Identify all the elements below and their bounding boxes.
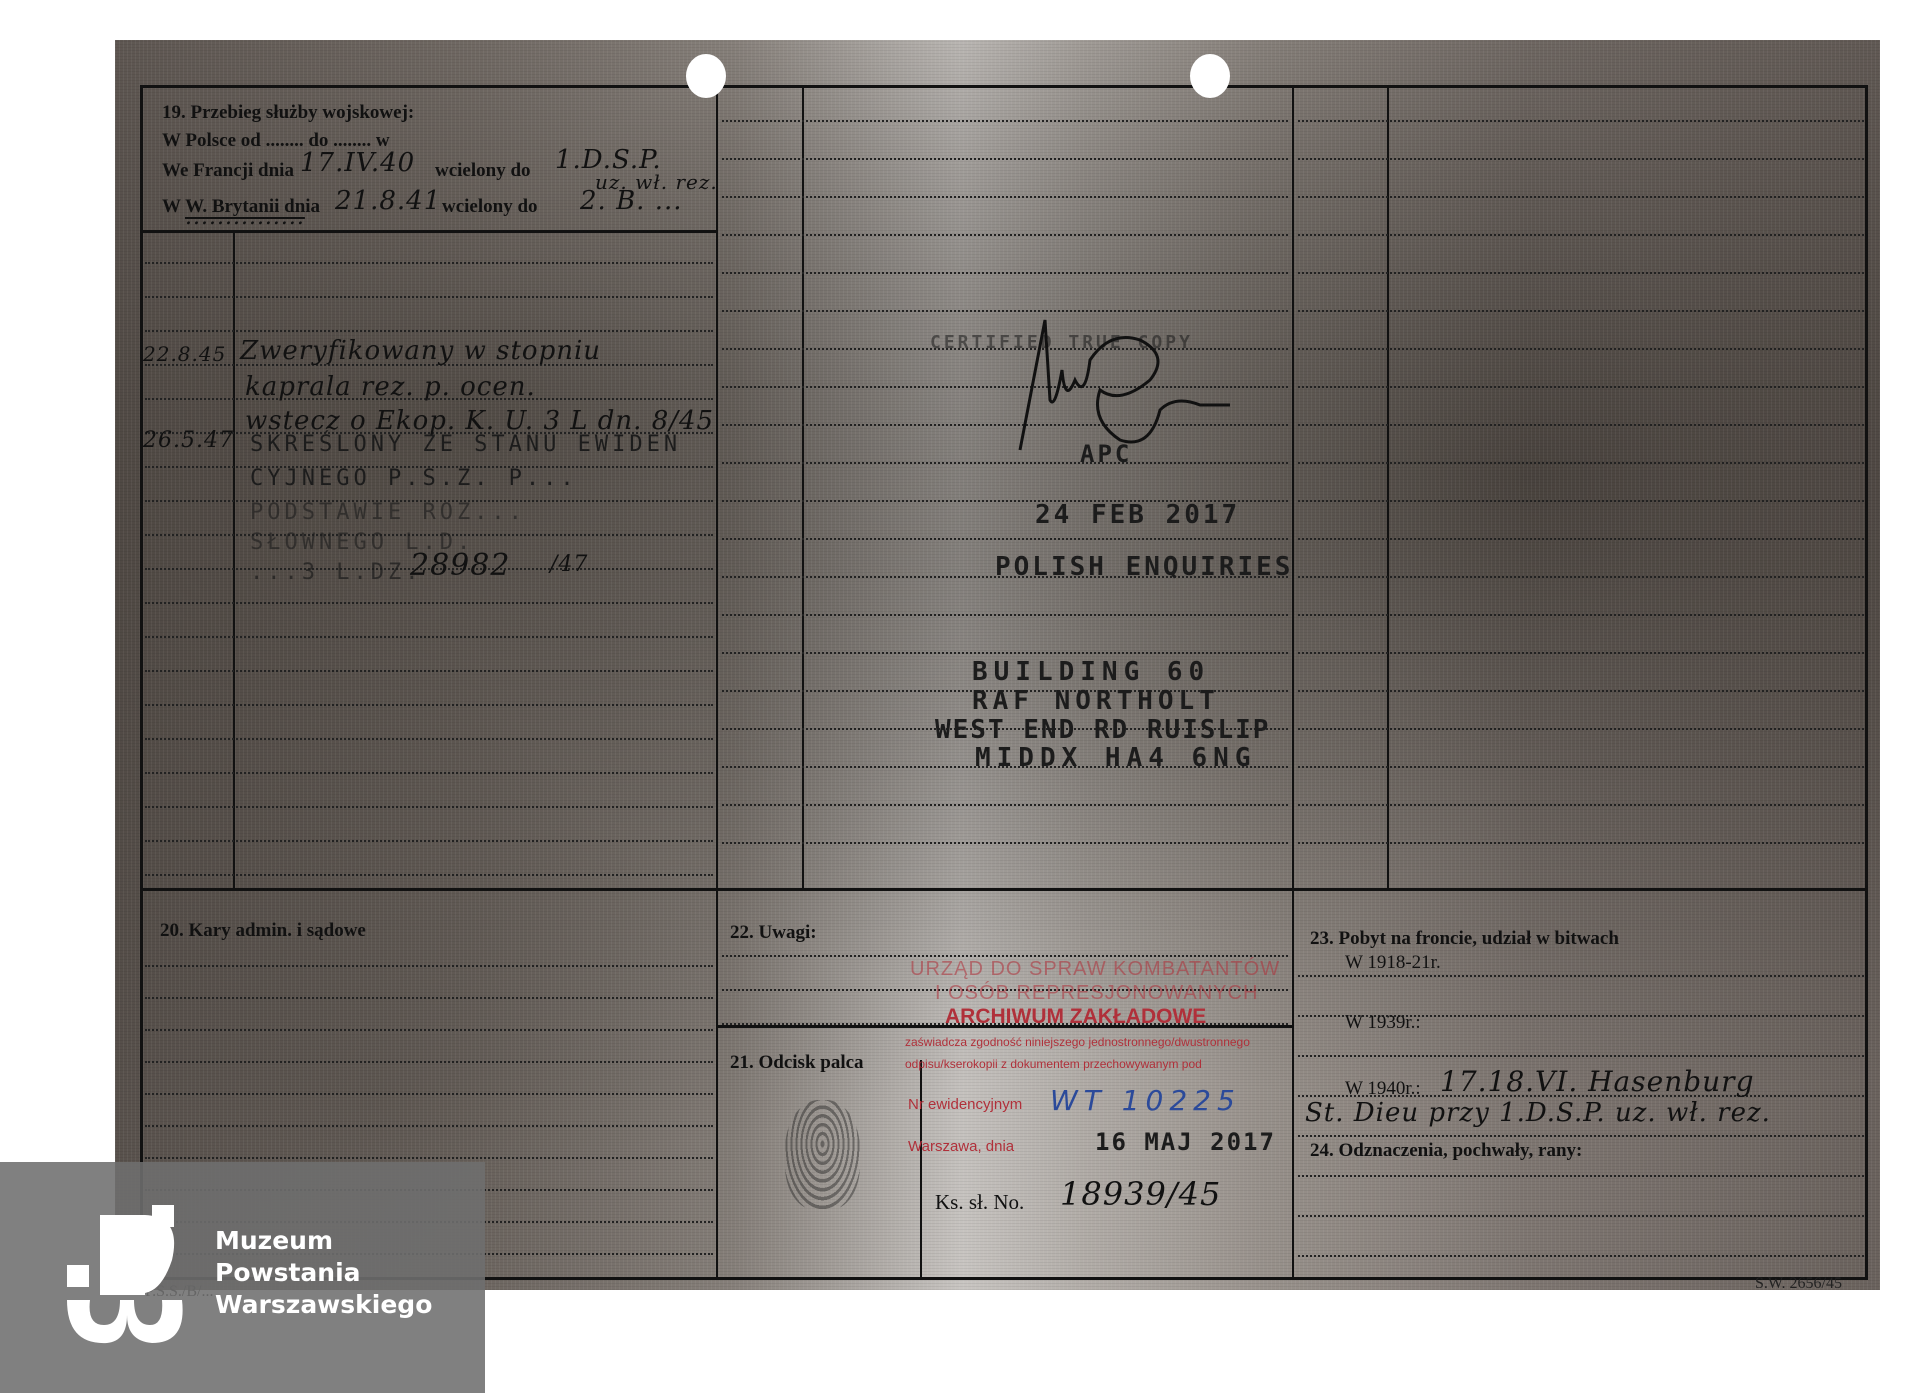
museum-anchor-logo-icon (62, 1205, 192, 1345)
france-date-label: We Francji dnia (162, 160, 294, 182)
ruling-line (722, 234, 1288, 236)
ruling-line (145, 1157, 713, 1159)
ruling-line (1298, 652, 1864, 654)
punch-hole-left (686, 54, 726, 98)
ruling-line (1298, 1175, 1864, 1177)
entry-2-text: kaprala rez. p. ocen. (245, 372, 536, 402)
ruling-line (722, 842, 1288, 844)
ruling-line (145, 874, 713, 876)
archive-stamp-line-1: URZĄD DO SPRAW KOMBATANTÓW (910, 958, 1280, 981)
britain-assigned-label: wcielony do (442, 196, 538, 218)
ruling-line (1298, 120, 1864, 122)
ruling-line (1298, 234, 1864, 236)
archive-record-label: Nr ewidencyjnym (908, 1096, 1022, 1113)
britain-struck-text: ............... (185, 205, 305, 230)
ruling-line (1298, 310, 1864, 312)
section-23-1940-value: 17.18.VI. Hasenburg (1440, 1065, 1755, 1098)
ruling-line (145, 636, 713, 638)
section-22-title: 22. Uwagi: (730, 922, 817, 944)
ruling-line (1298, 424, 1864, 426)
apc-address-4: MIDDX HA4 6NG (975, 743, 1257, 773)
ruling-line (1298, 386, 1864, 388)
archive-city-label: Warszawa, dnia (908, 1138, 1014, 1155)
ruling-line (145, 296, 713, 298)
ruling-line (1298, 690, 1864, 692)
apc-address-1: BUILDING 60 (972, 657, 1210, 687)
ruling-line (145, 997, 713, 999)
museum-name-line-2: Powstania (215, 1257, 432, 1289)
archive-stamp-line-4: zaświadcza zgodność niniejszego jednostr… (905, 1035, 1250, 1049)
struck-suffix: /47 (550, 552, 588, 577)
section-19-title: 19. Przebieg służby wojskowej: (162, 102, 414, 124)
ruling-line (1298, 576, 1864, 578)
museum-name-line-1: Muzeum (215, 1225, 432, 1257)
france-date-value: 17.IV.40 (300, 148, 415, 178)
ruling-line (145, 262, 713, 264)
section-20-title: 20. Kary admin. i sądowe (160, 920, 366, 942)
fingerprint (785, 1100, 860, 1210)
ruling-line (145, 330, 713, 332)
ruling-line (722, 272, 1288, 274)
archive-date: 16 MAJ 2017 (1095, 1128, 1276, 1156)
museum-name: Muzeum Powstania Warszawskiego (215, 1225, 432, 1321)
section-23-1939: W 1939r.: (1345, 1012, 1421, 1034)
france-assigned-label: wcielony do (435, 160, 531, 182)
ruling-line (1298, 462, 1864, 464)
section-21-title: 21. Odcisk palca (730, 1052, 864, 1074)
stamp-box-divider (920, 1060, 922, 1280)
ruling-line (1298, 975, 1864, 977)
footer-right-reference: S.W. 2656/45 (1755, 1275, 1842, 1293)
ruling-line (1298, 842, 1864, 844)
ruling-line (1298, 196, 1864, 198)
archive-stamp-line-3: ARCHIWUM ZAKŁADOWE (945, 1005, 1206, 1029)
britain-date-value: 21.8.41 (335, 186, 441, 216)
apc-department: POLISH ENQUIRIES (995, 552, 1293, 582)
ruling-line (145, 772, 713, 774)
punch-hole-right (1190, 54, 1230, 98)
ruling-line (145, 1029, 713, 1031)
ruling-line (1298, 272, 1864, 274)
archive-stamp-line-2: I OSÓB REPRESJONOWANYCH (935, 982, 1258, 1005)
section-23-title: 23. Pobyt na froncie, udział w bitwach (1310, 928, 1619, 950)
archive-stamp-line-5: odpisu/kserokopii z dokumentem przechowy… (905, 1057, 1202, 1071)
apc-address-2: RAF NORTHOLT (972, 686, 1220, 716)
ruling-line (145, 1093, 713, 1095)
ruling-line (722, 804, 1288, 806)
ruling-line (722, 614, 1288, 616)
ks-value: 18939/45 (1060, 1175, 1221, 1213)
row-divider-middle (140, 888, 1868, 891)
apc-address-3: WEST END RD RUISLIP (935, 715, 1270, 745)
ruling-line (1298, 500, 1864, 502)
ruling-line (145, 965, 713, 967)
ruling-line (145, 1061, 713, 1063)
ruling-line (722, 652, 1288, 654)
archive-record-value: WT 10225 (1050, 1084, 1241, 1117)
struck-stamp-line-1: SKREŚLONY ZE STANU EWIDEN (250, 432, 681, 457)
section-23-1940: W 1940r.: (1345, 1078, 1421, 1100)
ruling-line (722, 955, 1288, 957)
britain-unit-value: 2. B. ... (580, 186, 683, 216)
ruling-line (1298, 1055, 1864, 1057)
museum-name-line-3: Warszawskiego (215, 1289, 432, 1321)
ruling-line (1298, 804, 1864, 806)
ruling-line (1298, 1255, 1864, 1257)
ruling-line (1298, 158, 1864, 160)
section-23-1918: W 1918-21r. (1345, 952, 1441, 974)
ruling-line (1298, 614, 1864, 616)
struck-stamp-line-2: CYJNEGO P.S.Z. P... (250, 466, 578, 491)
ruling-line (1298, 348, 1864, 350)
section-24-title: 24. Odznaczenia, pochwały, rany: (1310, 1140, 1582, 1162)
column-divider-1 (716, 85, 718, 1280)
ruling-line (145, 670, 713, 672)
struck-date: 26.5.47 (143, 428, 234, 453)
entry-1-date: 22.8.45 (143, 342, 226, 366)
ruling-line (145, 840, 713, 842)
signature (1000, 310, 1230, 460)
ruling-line (722, 538, 1288, 540)
ruling-line (145, 602, 713, 604)
ruling-line (722, 120, 1288, 122)
ruling-line (722, 158, 1288, 160)
ruling-line (1298, 728, 1864, 730)
row-divider-top (140, 230, 716, 233)
ruling-line (1298, 766, 1864, 768)
ruling-line (145, 1125, 713, 1127)
struck-number: 28982 (410, 548, 510, 583)
apc-date: 24 FEB 2017 (1035, 500, 1240, 530)
section-23-1940-value-2: St. Dieu przy 1.D.S.P. uz. wł. rez. (1305, 1098, 1771, 1128)
ruling-line (1298, 1135, 1864, 1137)
ruling-line (722, 462, 1288, 464)
subcolumn-divider-left (233, 230, 235, 888)
ruling-line (145, 704, 713, 706)
ruling-line (722, 196, 1288, 198)
column-divider-2 (1292, 85, 1294, 1280)
struck-stamp-line-3: PODSTAWIE ROZ... (250, 500, 526, 525)
entry-1-text: Zweryfikowany w stopniu (240, 336, 601, 366)
ruling-line (145, 738, 713, 740)
struck-stamp-line-5: ...3 L.DZ. (250, 560, 422, 585)
ks-label: Ks. sł. No. (935, 1190, 1024, 1215)
ruling-line (1298, 1215, 1864, 1217)
ruling-line (145, 806, 713, 808)
ruling-line (1298, 538, 1864, 540)
